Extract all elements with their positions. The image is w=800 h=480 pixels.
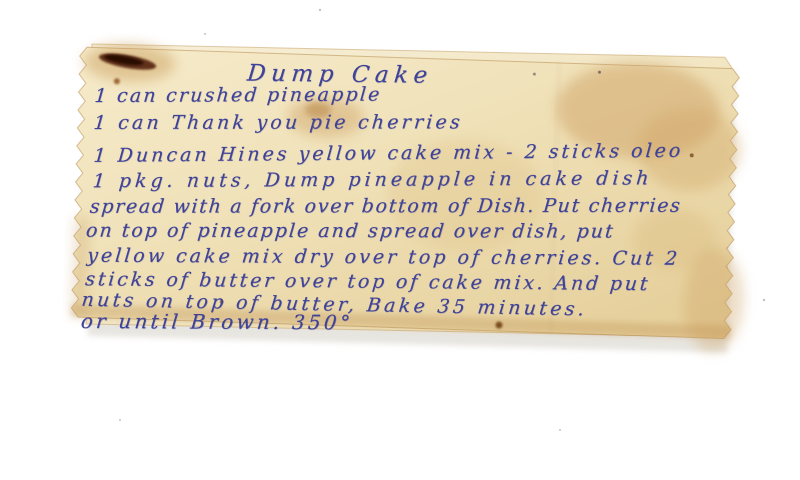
recipe-card-front-shape xyxy=(71,42,752,353)
recipe-card-graphic xyxy=(0,0,800,480)
scanned-recipe-card-page: Dump Cake 1 can crushed pineapple 1 can … xyxy=(0,0,800,480)
